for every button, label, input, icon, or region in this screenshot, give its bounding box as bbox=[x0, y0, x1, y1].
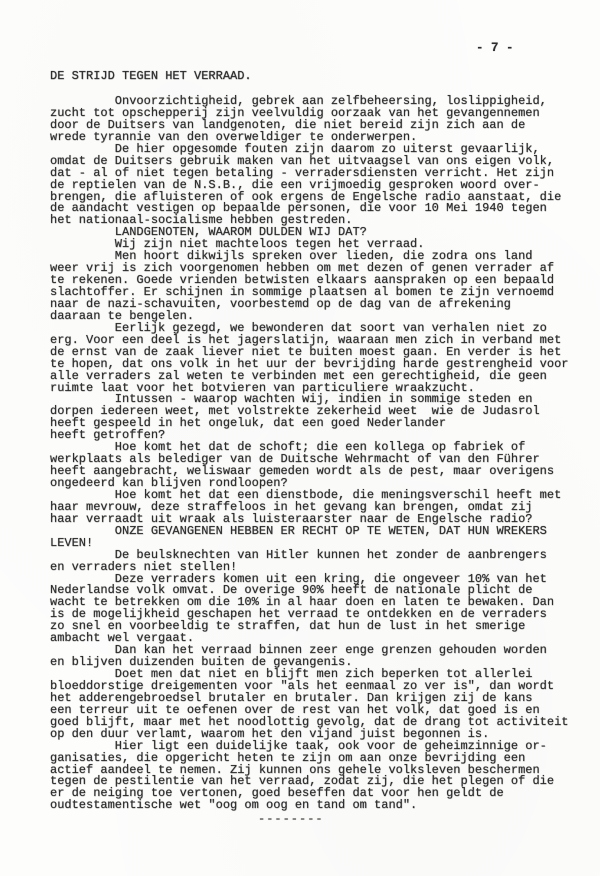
separator-dashes: -------- bbox=[258, 814, 324, 826]
document-body: Onvoorzichtigheid, gebrek aan zelfbeheer… bbox=[50, 96, 580, 812]
text-line: oudtestamentische wet "oog om oog en tan… bbox=[50, 800, 580, 812]
page-number: - 7 - bbox=[476, 43, 514, 55]
scanned-document-page: - 7 - DE STRIJD TEGEN HET VERRAAD. Onvoo… bbox=[0, 0, 600, 876]
text-line: ONZE GEVANGENEN HEBBEN ER RECHT OP TE WE… bbox=[50, 526, 580, 538]
document-title: DE STRIJD TEGEN HET VERRAAD. bbox=[50, 71, 252, 83]
